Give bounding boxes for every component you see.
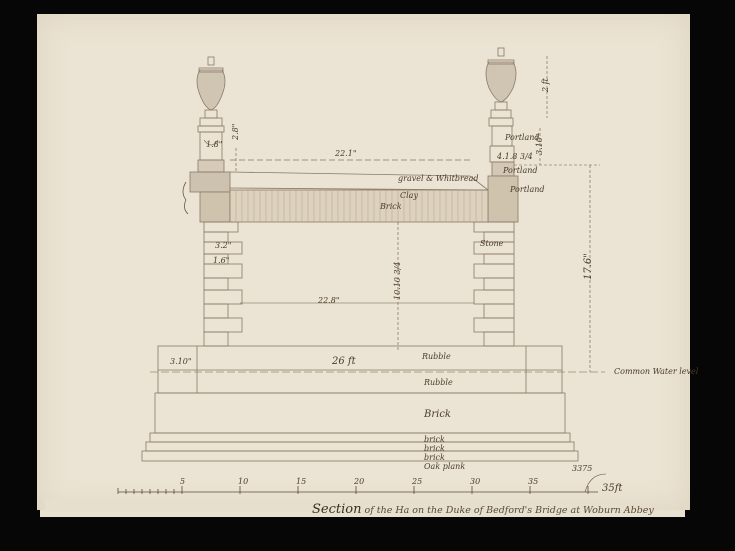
dim-clear-height: 10.10 3/4 — [394, 262, 402, 300]
label-brick-base: Brick — [424, 410, 451, 420]
scale-tick-10: 10 — [238, 478, 248, 486]
scale-reference: 35ft — [602, 484, 622, 494]
label-portland-3: Portland — [510, 186, 545, 194]
dim-total-height: 17.6" — [584, 253, 594, 280]
label-rubble-2: Rubble — [424, 379, 453, 387]
label-course-2: brick — [424, 445, 445, 453]
dim-inner-span: 22.8" — [318, 297, 340, 305]
label-pier-stone: Stone — [480, 240, 503, 248]
dim-left-pier-small: 3.2" — [215, 242, 231, 250]
label-oak-plank: Oak plank — [424, 463, 465, 471]
dim-pedestal-height: 3.10" — [536, 134, 544, 156]
dim-left-base: 3.10" — [170, 358, 192, 366]
label-water-level: Common Water level — [614, 368, 698, 376]
scale-tick-20: 20 — [354, 478, 364, 486]
dim-urn-height: 2 ft — [542, 78, 550, 92]
dim-left-pier-small-2: 1.6" — [213, 257, 229, 265]
scale-tick-15: 15 — [296, 478, 306, 486]
label-course-1: brick — [424, 436, 445, 444]
label-brick-arch: Brick — [380, 203, 402, 211]
dim-left-cap: 1.8" — [206, 141, 222, 149]
caption-title: Section — [312, 502, 361, 517]
label-course-3: brick — [424, 454, 445, 462]
dim-right-cap: 4.1.8 3/4 — [497, 153, 533, 161]
label-portland-2: Portland — [503, 167, 538, 175]
scale-tick-25: 25 — [412, 478, 422, 486]
scale-tick-35: 35 — [528, 478, 538, 486]
scale-tick-5: 5 — [180, 478, 185, 486]
drawing-caption: Section of the Ha on the Duke of Bedford… — [312, 502, 654, 517]
label-gravel: gravel & Whitbread — [398, 175, 478, 183]
brick-deck — [230, 160, 488, 222]
caption-subtitle: of the Ha on the Duke of Bedford's Bridg… — [365, 505, 654, 516]
label-clay: Clay — [400, 192, 418, 200]
dim-base-span: 26 ft — [332, 357, 356, 367]
dim-left-pier-offset: 2.8" — [232, 124, 240, 140]
scale-tick-30: 30 — [470, 478, 480, 486]
dim-top-span: 22.1" — [335, 150, 357, 158]
label-rubble: Rubble — [422, 353, 451, 361]
architectural-section-drawing — [0, 0, 735, 551]
foundation — [142, 346, 578, 461]
catalogue-number: 3375 — [572, 465, 592, 473]
